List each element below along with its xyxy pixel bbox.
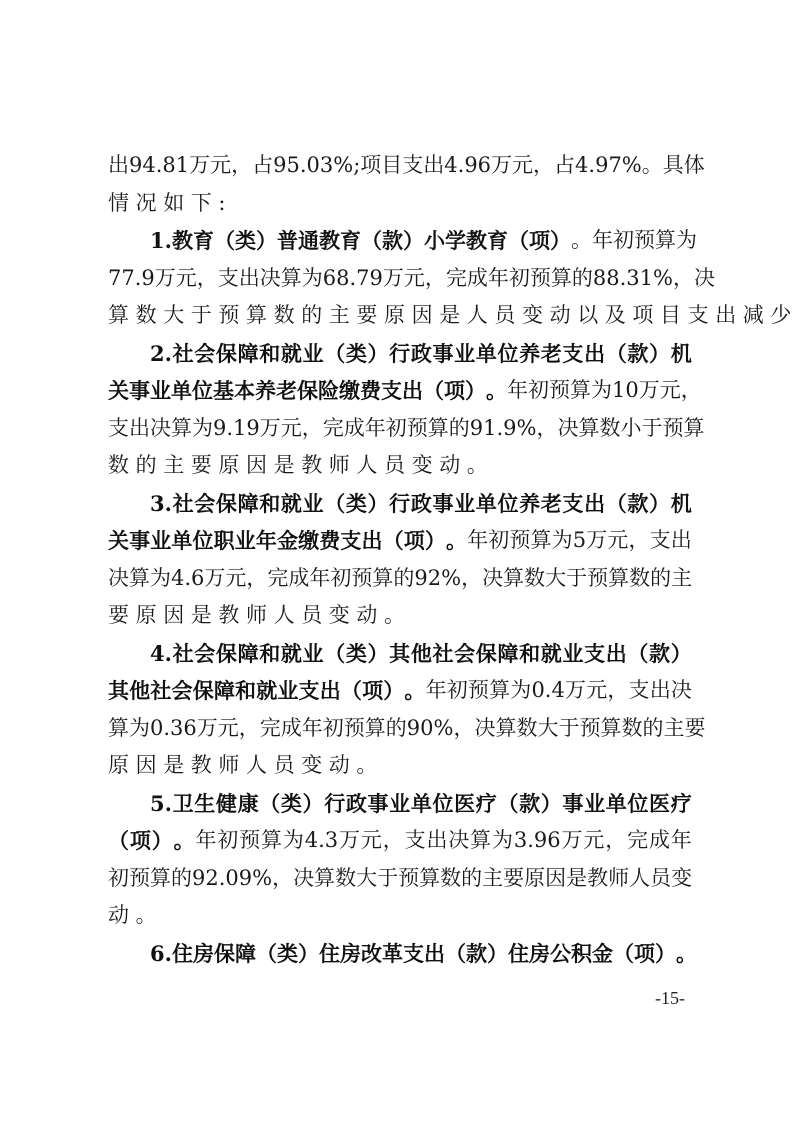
body-text-token: 预 [587, 560, 608, 598]
body-text-token: 算 [551, 260, 572, 298]
body-text-token: 人 [629, 860, 650, 898]
bold-heading-text: ） [368, 485, 389, 523]
bold-heading-text: 小 [424, 222, 445, 260]
bold-heading-text: （ [383, 522, 404, 560]
body-text-token: 数 [629, 560, 650, 598]
document-page: 出94.81万元，占95.03%;项目支出4.96万元，占4.97%。具体情况如… [0, 0, 793, 1122]
bold-heading-text: 保 [216, 335, 237, 373]
text-line: 原因是教师人员变动。 [108, 747, 692, 785]
bold-heading-text: 位 [497, 335, 518, 373]
body-text-token: 为 [676, 222, 697, 260]
bold-heading-text: （ [214, 222, 235, 260]
bold-heading-text: 缴 [339, 372, 360, 410]
body-text-token: ， [239, 710, 260, 748]
body-text-token: 万 [204, 560, 225, 598]
bold-heading-text: 公 [550, 935, 571, 973]
body-text-token: 预 [398, 860, 419, 898]
body-text-token: 年 [507, 372, 528, 410]
body-text-token: ， [681, 372, 702, 410]
body-text-token: 初 [447, 672, 468, 710]
bold-heading-text: 3. [150, 485, 172, 523]
bold-heading-text: 会 [194, 335, 215, 373]
text-line: 动。 [108, 897, 692, 935]
bold-heading-text: 。 [446, 522, 467, 560]
bold-heading-text: 年 [256, 522, 277, 560]
body-text-token: 为 [552, 522, 573, 560]
bold-heading-text: 教 [172, 222, 193, 260]
body-text-token: ， [607, 672, 628, 710]
body-text-token: 数 [621, 710, 642, 748]
bold-heading-text: 会 [194, 485, 215, 523]
bold-heading-text: 。 [404, 672, 425, 710]
bold-heading-text: 项 [529, 222, 550, 260]
bold-heading-text: 业 [150, 522, 171, 560]
body-text-token: 元 [512, 147, 533, 185]
bold-heading-text: 保 [216, 635, 237, 673]
body-text-token: 成 [288, 560, 309, 598]
bold-heading-text: 类 [281, 785, 302, 823]
body-text-token: 万 [383, 260, 404, 298]
bold-heading-text: 业 [303, 485, 324, 523]
body-text-token: 元 [210, 147, 231, 185]
bold-heading-text: 育 [340, 222, 361, 260]
body-text-token: 大 [545, 560, 566, 598]
body-text-token: 主 [663, 710, 684, 748]
bold-heading-text: 障 [235, 935, 256, 973]
bold-heading-text: 障 [214, 672, 235, 710]
body-text-token: 支 [629, 672, 650, 710]
body-text-token: 于 [566, 560, 587, 598]
body-text-token: 为 [283, 822, 304, 860]
bold-heading-text: 2. [150, 335, 172, 373]
body-text-token: 因 [545, 860, 566, 898]
body-text-token: 万 [586, 522, 607, 560]
bold-heading-text: 社 [432, 635, 453, 673]
bold-heading-text: 6. [150, 935, 172, 973]
bold-heading-text: 费 [360, 372, 381, 410]
body-text-token: 元 [225, 560, 246, 598]
body-text-token: 的 [650, 560, 671, 598]
bold-heading-text: 社 [173, 335, 194, 373]
body-text-token: 项 [360, 147, 381, 185]
body-text-token: 是 [566, 860, 587, 898]
body-text-token: 初 [217, 822, 238, 860]
body-text-token: 决 [557, 410, 578, 448]
bold-heading-text: （ [423, 372, 444, 410]
bold-heading-text: 单 [606, 785, 627, 823]
body-text-token: 4.97% [575, 147, 642, 185]
body-text-token: 算 [314, 860, 335, 898]
bold-heading-text: 和 [259, 335, 280, 373]
body-text-token: 出 [650, 672, 671, 710]
bold-heading-text: 出 [402, 372, 423, 410]
body-text-token: 元 [281, 410, 302, 448]
bold-heading-text: 老 [541, 335, 562, 373]
body-text-token: 完 [446, 260, 467, 298]
body-text-token: 4.96 [444, 147, 491, 185]
bold-heading-text: 康 [238, 785, 259, 823]
bold-heading-text: （ [627, 635, 648, 673]
bold-heading-text: 障 [238, 485, 259, 523]
bold-heading-text: 5. [150, 785, 172, 823]
text-line: 数的主要原因是教师人员变动。 [108, 447, 692, 485]
bold-heading-text: 行 [389, 485, 410, 523]
body-text-token: 元 [361, 822, 382, 860]
bold-heading-text: 业 [562, 635, 583, 673]
text-line: 算数大于预算数的主要原因是人员变动以及项目支出减少。 [108, 297, 692, 335]
body-text-token: 万 [491, 147, 512, 185]
body-text: 出94.81万元，占95.03%;项目支出4.96万元，占4.97%。具体情况如… [108, 147, 692, 972]
body-text-token: 为 [492, 822, 513, 860]
bold-heading-text: 他 [411, 635, 432, 673]
body-text-token: 万 [639, 372, 660, 410]
body-text-token: 算 [372, 560, 393, 598]
body-text-token: 原 [524, 860, 545, 898]
bold-heading-text: 其 [108, 672, 129, 710]
body-text-token: 决 [293, 860, 314, 898]
body-text-token: 初 [509, 260, 530, 298]
bold-heading-text: 老 [276, 372, 297, 410]
body-text-token: ， [383, 822, 404, 860]
text-line: 2.社会保障和就业（类）行政事业单位养老支出（款）机 [108, 335, 692, 373]
bold-heading-text: （ [508, 222, 529, 260]
body-text-token: 算 [281, 260, 302, 298]
bold-heading-text: （ [497, 785, 518, 823]
bold-heading-text: 事 [432, 335, 453, 373]
bold-heading-text: 款 [627, 335, 648, 373]
body-text-token: 支 [218, 260, 239, 298]
text-line: 关事业单位基本养老保险缴费支出（项）。年初预算为10万元， [108, 372, 692, 410]
body-text-token: 0.36 [150, 710, 197, 748]
body-text-token: 万 [339, 822, 360, 860]
body-text-token: 算 [655, 222, 676, 260]
bold-heading-text: （ [108, 822, 129, 860]
body-text-token: 要 [503, 860, 524, 898]
body-text-token: ， [605, 822, 626, 860]
bold-heading-text: 教 [319, 222, 340, 260]
body-text-token: 年 [302, 710, 323, 748]
bold-heading-text: 业 [584, 785, 605, 823]
body-text-token: 初 [386, 410, 407, 448]
bold-heading-text: 款 [466, 935, 487, 973]
bold-heading-text: 保 [216, 485, 237, 523]
body-text-token: 主 [482, 860, 503, 898]
body-text-token: 主 [671, 560, 692, 598]
bold-heading-text: 积 [571, 935, 592, 973]
bold-heading-text: 4. [150, 635, 172, 673]
body-text-token: 预 [662, 410, 683, 448]
bold-heading-text: 费 [319, 522, 340, 560]
body-text-token: 92.09% [192, 860, 272, 898]
bold-heading-text: 支 [340, 522, 361, 560]
bold-heading-text: 本 [234, 372, 255, 410]
bold-heading-text: 事 [129, 522, 150, 560]
body-text-token: 元 [218, 710, 239, 748]
bold-heading-text: 关 [108, 372, 129, 410]
body-text-token: 万 [189, 147, 210, 185]
body-text-token: 预 [407, 410, 428, 448]
bold-heading-text: 款 [627, 485, 648, 523]
text-line: 算为0.36万元，完成年初预算的90%，决算数大于预算数的主要 [108, 710, 692, 748]
body-text: 原因是教师人员变动。 [108, 747, 384, 785]
bold-heading-text: （ [606, 335, 627, 373]
body-text-token: 决 [150, 410, 171, 448]
bold-heading-text: 保 [214, 935, 235, 973]
bold-heading-text: 住 [508, 935, 529, 973]
body-text-token: 万 [565, 672, 586, 710]
body-text-token: 为 [129, 710, 150, 748]
body-text-token: 9.19 [213, 410, 260, 448]
body-text-token: 95.03% [273, 147, 353, 185]
body-text-token: 支 [650, 522, 671, 560]
body-text-token: 年 [365, 410, 386, 448]
body-text-token: 完 [323, 410, 344, 448]
body-text-token: 的 [461, 860, 482, 898]
bold-heading-text: 行 [389, 335, 410, 373]
bold-heading-text: 障 [238, 635, 259, 673]
body-text-token: 初 [488, 522, 509, 560]
body-text-token: 为 [591, 372, 612, 410]
bold-heading-text: 住 [319, 935, 340, 973]
bold-heading-text: 和 [235, 672, 256, 710]
body-text-token: 数 [516, 710, 537, 748]
body-text-token: 88.31% [593, 260, 673, 298]
bold-heading-text: 位 [192, 372, 213, 410]
bold-heading-text: 业 [235, 522, 256, 560]
body-text-token: 的 [386, 710, 407, 748]
bold-heading-text: 会 [454, 635, 475, 673]
body-text-token: 预 [509, 522, 530, 560]
body-text-token: 初 [528, 372, 549, 410]
bold-heading-text: 通 [298, 222, 319, 260]
body-text: 情况如下: [108, 185, 232, 223]
body-text: 要原因是教师人员变动。 [108, 597, 412, 635]
body-text-token: 元 [176, 260, 197, 298]
body-text-token: 元 [586, 672, 607, 710]
body-text-token: 68.79 [323, 260, 383, 298]
bold-heading-text: （ [324, 485, 345, 523]
bold-heading-text: 支 [381, 372, 402, 410]
bold-heading-text: 事 [129, 372, 150, 410]
bold-heading-text: 位 [193, 522, 214, 560]
body-text: 算数大于预算数的主要原因是人员变动以及项目支出减少。 [108, 297, 793, 335]
body-text-token: 数 [524, 560, 545, 598]
bold-heading-text: 就 [281, 335, 302, 373]
bold-heading-text: ） [550, 222, 571, 260]
body-text-token: 成 [344, 410, 365, 448]
bold-heading-text: 房 [340, 935, 361, 973]
bold-heading-text: 就 [281, 485, 302, 523]
body-text-token: 师 [608, 860, 629, 898]
body-text-token: 预 [239, 822, 260, 860]
body-text-token: 数 [599, 410, 620, 448]
bold-heading-text: 单 [476, 485, 497, 523]
bold-heading-text: 业 [389, 785, 410, 823]
bold-heading-text: 事 [562, 785, 583, 823]
body-text-token: 万 [197, 710, 218, 748]
body-text-token: 成 [281, 710, 302, 748]
body-text-token: 决 [694, 260, 715, 298]
bold-heading-text: 出 [584, 485, 605, 523]
body-text-token: 预 [344, 710, 365, 748]
body-text-token: 预 [579, 710, 600, 748]
body-text-token: 算 [683, 410, 704, 448]
body-text-token: 于 [641, 410, 662, 448]
text-line: 4.社会保障和就业（类）其他社会保障和就业支出（款） [108, 635, 692, 673]
body-text-token: 算 [171, 410, 192, 448]
bold-heading-text: 险 [318, 372, 339, 410]
bold-heading-text: 职 [214, 522, 235, 560]
body-text-token: 。 [571, 222, 592, 260]
body-text-token: 算 [578, 410, 599, 448]
body-text-token: 支 [402, 147, 423, 185]
text-line: 77.9万元，支出决算为68.79万元，完成年初预算的88.31%，决 [108, 260, 692, 298]
bold-heading-text: ） [541, 785, 562, 823]
bold-heading-text: 会 [194, 635, 215, 673]
bold-heading-text: 款 [649, 635, 670, 673]
bold-heading-text: 类 [346, 335, 367, 373]
body-text-token: 出 [671, 522, 692, 560]
bold-heading-text: 基 [213, 372, 234, 410]
bold-heading-text: ） [298, 935, 319, 973]
body-text-token: 年 [426, 672, 447, 710]
body-text-token: 年 [467, 522, 488, 560]
bold-heading-text: 业 [277, 672, 298, 710]
body-text-token: 初 [323, 710, 344, 748]
body-text: 动。 [108, 897, 163, 935]
body-text-token: 预 [634, 222, 655, 260]
bold-heading-text: ） [383, 672, 404, 710]
bold-heading-text: 关 [108, 522, 129, 560]
body-text-token: 完 [627, 822, 648, 860]
body-text-token: 预 [129, 860, 150, 898]
text-line: 3.社会保障和就业（类）行政事业单位养老支出（款）机 [108, 485, 692, 523]
bold-heading-text: 金 [277, 522, 298, 560]
body-text-token: 出 [129, 410, 150, 448]
body-text-token: 决 [482, 560, 503, 598]
body-text-token: 数 [440, 860, 461, 898]
body-text-token: 目 [381, 147, 402, 185]
body-text-token: 的 [642, 710, 663, 748]
body-text-token: 为 [302, 260, 323, 298]
bold-heading-text: 业 [303, 635, 324, 673]
body-text-token: 算 [150, 860, 171, 898]
body-text-token: 决 [671, 672, 692, 710]
bold-heading-text: （ [324, 635, 345, 673]
body-text-token: ， [629, 522, 650, 560]
body-text-token: 年 [195, 822, 216, 860]
text-line: 初预算的92.09%，决算数大于预算数的主要原因是教师人员变 [108, 860, 692, 898]
bold-heading-text: 项 [130, 822, 151, 860]
bold-heading-text: 。 [174, 822, 195, 860]
bold-heading-text: 业 [150, 372, 171, 410]
body-text: 数的主要原因是教师人员变动。 [108, 447, 494, 485]
body-text-token: 成 [467, 260, 488, 298]
body-text-token: 万 [155, 260, 176, 298]
bold-heading-text: ） [649, 335, 670, 373]
bold-heading-text: 社 [173, 485, 194, 523]
body-text-token: 要 [684, 710, 705, 748]
body-text-token: 小 [620, 410, 641, 448]
bold-heading-text: （ [259, 785, 280, 823]
bold-heading-text: 支 [403, 935, 424, 973]
body-text-token: 万 [562, 822, 583, 860]
body-text-token: 的 [393, 560, 414, 598]
bold-heading-text: 政 [411, 335, 432, 373]
body-text-token: 算 [570, 372, 591, 410]
bold-heading-text: ） [655, 935, 676, 973]
text-line: （项）。年初预算为4.3万元，支出决算为3.96万元，完成年 [108, 822, 692, 860]
bold-heading-text: 就 [256, 672, 277, 710]
page-number: -15- [655, 988, 685, 1009]
bold-heading-text: 项 [404, 522, 425, 560]
bold-heading-text: 医 [454, 785, 475, 823]
bold-heading-text: 政 [346, 785, 367, 823]
body-text-token: 占 [554, 147, 575, 185]
body-text-token: 为 [192, 410, 213, 448]
bold-heading-text: 。 [676, 935, 697, 973]
bold-heading-text: ） [152, 822, 173, 860]
bold-heading-text: ） [303, 785, 324, 823]
body-text-token: 于 [558, 710, 579, 748]
bold-heading-text: 支 [562, 485, 583, 523]
body-text-token: 算 [428, 410, 449, 448]
bold-heading-text: ） [465, 372, 486, 410]
body-text-token: 4.6 [171, 560, 204, 598]
body-text-token: 的 [449, 410, 470, 448]
text-line: 5.卫生健康（类）行政事业单位医疗（款）事业单位医疗 [108, 785, 692, 823]
bold-heading-text: 支 [584, 635, 605, 673]
bold-heading-text: 行 [324, 785, 345, 823]
body-text-token: 算 [608, 560, 629, 598]
bold-heading-text: 事 [432, 485, 453, 523]
body-text-token: 元 [660, 372, 681, 410]
body-text-token: 算 [531, 522, 552, 560]
bold-heading-text: 和 [259, 485, 280, 523]
body-text-token: ， [302, 410, 323, 448]
body-text-token: 预 [530, 260, 551, 298]
body-text-token: ， [461, 560, 482, 598]
body-text-token: 具 [663, 147, 684, 185]
bold-heading-text: 出 [320, 672, 341, 710]
body-text-token: 出 [239, 260, 260, 298]
bold-heading-text: 养 [519, 485, 540, 523]
bold-heading-text: 单 [171, 522, 192, 560]
body-text-token: 大 [356, 860, 377, 898]
body-text-token: ， [453, 710, 474, 748]
text-line: 支出决算为9.19万元，完成年初预算的91.9%，决算数小于预算 [108, 410, 692, 448]
text-line: 决算为4.6万元，完成年初预算的92%，决算数大于预算数的主 [108, 560, 692, 598]
body-text-token: ; [353, 147, 360, 185]
body-text-token: ， [536, 410, 557, 448]
body-text-token: 支 [405, 822, 426, 860]
bold-heading-text: 疗 [671, 785, 692, 823]
bold-heading-text: 支 [299, 672, 320, 710]
body-text-token: 年 [488, 260, 509, 298]
body-text-token: 元 [583, 822, 604, 860]
body-text-token: 初 [108, 860, 129, 898]
bold-heading-text: 类 [277, 935, 298, 973]
body-text-token: 成 [649, 822, 670, 860]
bold-heading-text: 机 [671, 485, 692, 523]
body-text-token: 算 [419, 860, 440, 898]
body-text-token: 年 [592, 222, 613, 260]
bold-heading-text: 老 [541, 485, 562, 523]
bold-heading-text: 卫 [173, 785, 194, 823]
body-text-token: 算 [489, 672, 510, 710]
body-text-token: 初 [613, 222, 634, 260]
body-text-token: 元 [404, 260, 425, 298]
